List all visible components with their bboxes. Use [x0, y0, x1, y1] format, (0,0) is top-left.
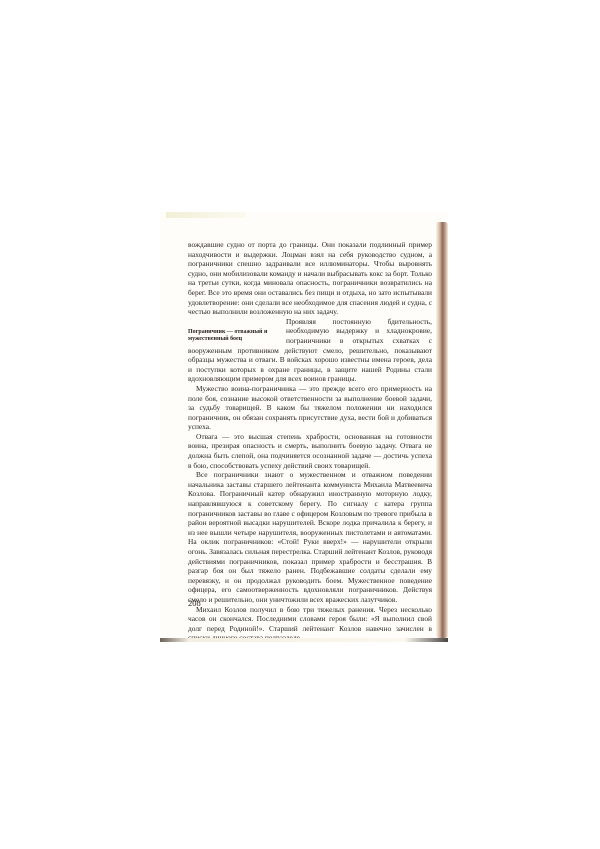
page-bottom-edge [160, 638, 448, 642]
book-binding-edge [436, 222, 448, 638]
paragraph-2: Проявляя постоянную бдительность, необхо… [188, 317, 432, 384]
page-body: вождавшие судно от порта до границы. Они… [188, 240, 432, 643]
paragraph-5: Все пограничники знают о мужественном и … [188, 470, 432, 604]
side-heading-block: Пограничник — отважный и мужественный бо… [188, 317, 432, 384]
paragraph-4: Отвага — это высшая степень храбрости, о… [188, 432, 432, 470]
page-top-mark [166, 212, 246, 218]
book-page: вождавшие судно от порта до границы. Они… [160, 212, 448, 642]
side-heading: Пограничник — отважный и мужественный бо… [188, 329, 280, 344]
paragraph-1: вождавшие судно от порта до границы. Они… [188, 240, 432, 317]
page-number: 208 [188, 598, 201, 608]
paragraph-3: Мужество воина-пограничника — это прежде… [188, 384, 432, 432]
